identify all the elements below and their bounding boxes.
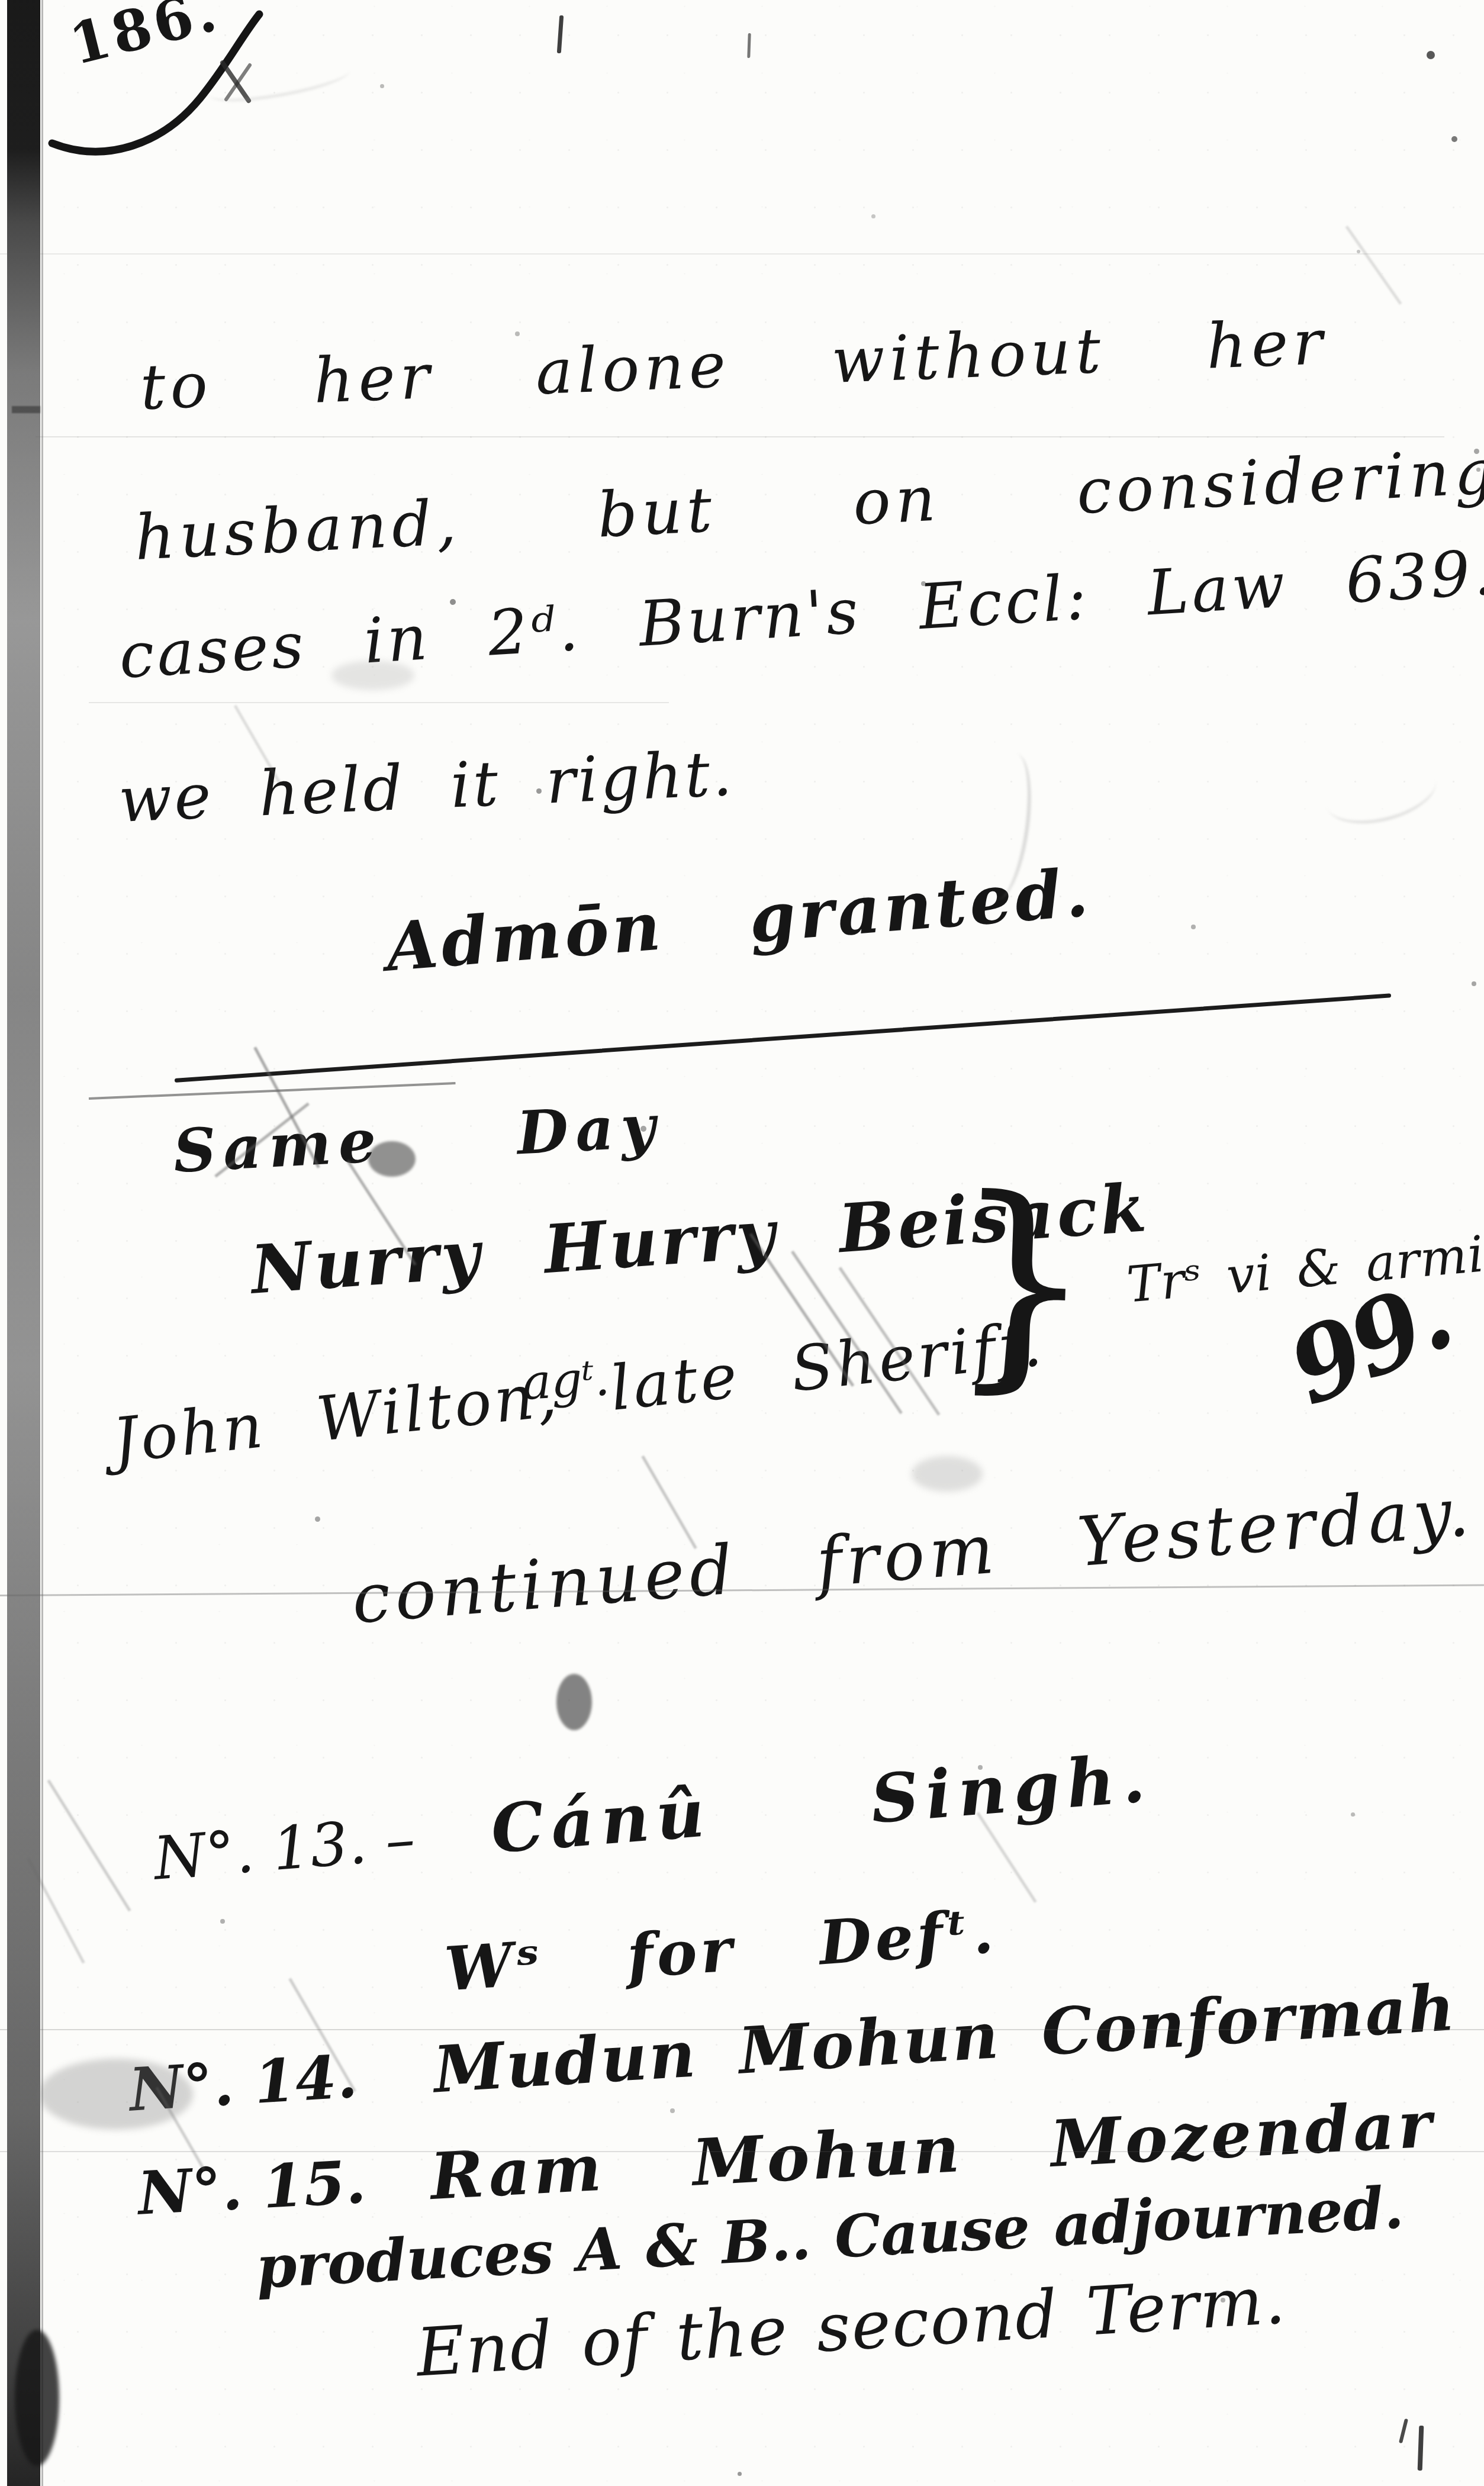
section-divider-line xyxy=(89,1082,456,1100)
ink-speck xyxy=(1476,468,1480,472)
fold-line xyxy=(0,2151,1484,2152)
cause-entry-13: N°. 13. – Cánû Singh. xyxy=(151,1741,1155,1892)
defendant-name: John Wilton, late Sheriff. xyxy=(110,1310,1047,1475)
graphite-smudge xyxy=(1345,226,1402,305)
ink-speck xyxy=(1357,250,1360,253)
ink-speck xyxy=(1427,51,1435,59)
continuation-line: continued from Yesterday. xyxy=(349,1474,1476,1637)
ink-speck xyxy=(515,331,520,336)
caption-brace: } xyxy=(947,1179,1097,1386)
ink-speck xyxy=(220,1919,225,1924)
manuscript-page: { "page_number": "186.", "paragraph_line… xyxy=(0,0,1484,2486)
ink-blot xyxy=(556,1674,592,1730)
fold-line xyxy=(0,2029,1484,2030)
ink-speck xyxy=(1472,981,1476,986)
paragraph-line: we held it right. xyxy=(117,740,736,835)
ink-speck xyxy=(315,1516,320,1522)
ink-speck xyxy=(1451,136,1457,142)
binding-mark xyxy=(12,406,40,413)
stray-mark xyxy=(1399,2419,1408,2443)
ink-blot xyxy=(15,2330,59,2466)
ink-blot xyxy=(912,1456,983,1492)
entry-13-note: Wˢ for Defᵗ. xyxy=(443,1898,999,2003)
stray-mark xyxy=(747,33,751,58)
ink-speck xyxy=(871,214,875,218)
entry-number: N°. 13. – xyxy=(152,1806,417,1891)
ink-speck xyxy=(670,2108,675,2113)
ink-speck xyxy=(536,788,542,794)
ink-speck xyxy=(978,1765,983,1770)
section-divider-line xyxy=(175,993,1391,1083)
graphite-smudge xyxy=(47,1779,131,1911)
ink-speck xyxy=(450,599,456,605)
ink-blot xyxy=(368,1141,416,1177)
ink-speck xyxy=(1191,925,1196,929)
paragraph-line: to her alone without her xyxy=(139,308,1328,422)
same-day-heading: Same Day xyxy=(172,1093,664,1184)
entry-name: Cánû Singh. xyxy=(488,1741,1154,1866)
ink-blot xyxy=(39,2059,193,2130)
ink-speck xyxy=(1221,2298,1225,2303)
fold-line xyxy=(0,253,1484,255)
binding-edge xyxy=(7,0,40,2486)
ink-blot xyxy=(331,661,414,690)
ghost-mark xyxy=(1319,752,1442,833)
ink-speck xyxy=(1351,1812,1355,1817)
entry-number: N°. 15. xyxy=(136,2149,367,2226)
ink-speck xyxy=(640,1126,646,1132)
stray-mark xyxy=(557,15,564,53)
fold-line xyxy=(89,702,669,703)
ink-speck xyxy=(921,581,926,586)
stray-mark xyxy=(1418,2426,1424,2471)
ink-speck xyxy=(738,2472,742,2476)
binding-edge-line xyxy=(41,0,43,2486)
fold-line xyxy=(36,436,1444,437)
ink-speck xyxy=(1474,449,1479,454)
ink-speck xyxy=(380,84,384,88)
